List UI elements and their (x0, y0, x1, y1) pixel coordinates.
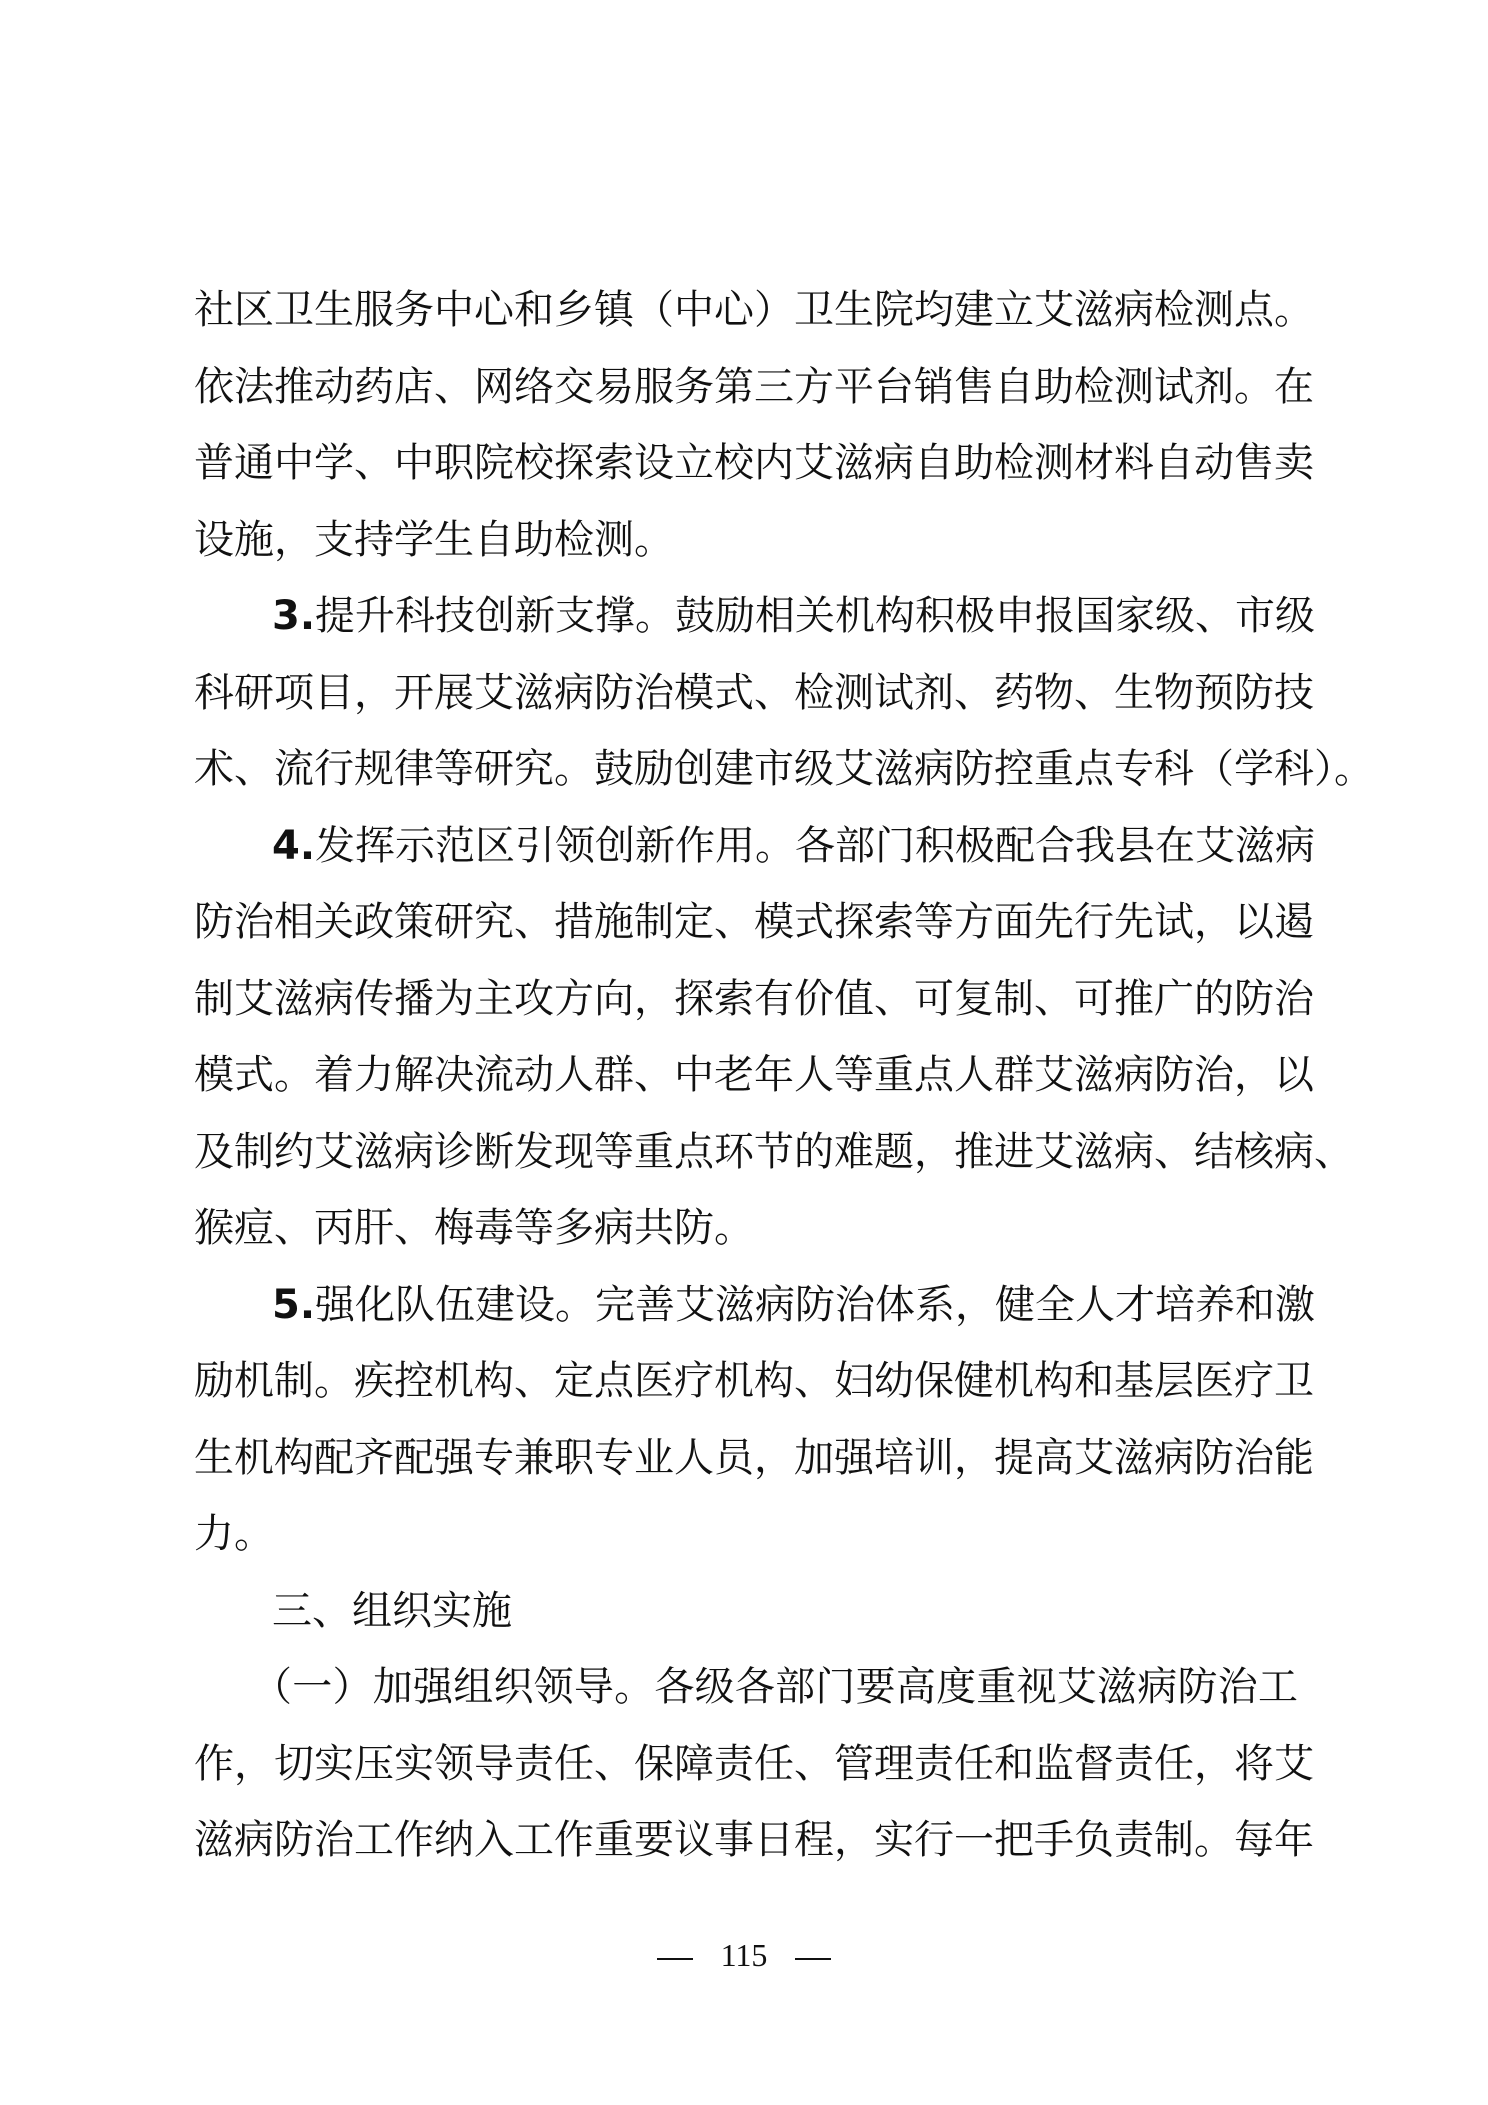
text-line: 普通中学、中职院校探索设立校内艾滋病自助检测材料自动售卖 (194, 425, 1298, 502)
text-line: 设施，支持学生自助检测。 (194, 502, 1298, 579)
item-number: 4. (272, 823, 315, 869)
item-number: 3. (272, 593, 315, 639)
paragraph-continuation: 社区卫生服务中心和乡镇（中心）卫生院均建立艾滋病检测点。 依法推动药店、网络交易… (194, 272, 1298, 578)
text-line: 及制约艾滋病诊断发现等重点环节的难题，推进艾滋病、结核病、 (194, 1114, 1298, 1191)
text-line: （一）加强组织领导。各级各部门要高度重视艾滋病防治工 (194, 1649, 1298, 1726)
dash-left (657, 1958, 693, 1960)
text-line: 科研项目，开展艾滋病防治模式、检测试剂、药物、生物预防技 (194, 655, 1298, 732)
text-line: 生机构配齐配强专兼职专业人员，加强培训，提高艾滋病防治能 (194, 1420, 1298, 1497)
text-line: 4.发挥示范区引领创新作用。各部门积极配合我县在艾滋病 (194, 808, 1298, 885)
item-number: 5. (272, 1282, 315, 1328)
text-line: 术、流行规律等研究。鼓励创建市级艾滋病防控重点专科（学科）。 (194, 731, 1298, 808)
document-page: 社区卫生服务中心和乡镇（中心）卫生院均建立艾滋病检测点。 依法推动药店、网络交易… (0, 0, 1488, 2105)
text-line: 防治相关政策研究、措施制定、模式探索等方面先行先试，以遏 (194, 884, 1298, 961)
text-line: 励机制。疾控机构、定点医疗机构、妇幼保健机构和基层医疗卫 (194, 1343, 1298, 1420)
text-line: 猴痘、丙肝、梅毒等多病共防。 (194, 1190, 1298, 1267)
text-line: 5.强化队伍建设。完善艾滋病防治体系，健全人才培养和激 (194, 1267, 1298, 1344)
text-line: 依法推动药店、网络交易服务第三方平台销售自助检测试剂。在 (194, 349, 1298, 426)
text-line: 作，切实压实领导责任、保障责任、管理责任和监督责任，将艾 (194, 1726, 1298, 1803)
text-line: 力。 (194, 1496, 1298, 1573)
page-footer: 115 (0, 1937, 1488, 1974)
dash-right (795, 1958, 831, 1960)
text-line: 制艾滋病传播为主攻方向，探索有价值、可复制、可推广的防治 (194, 961, 1298, 1038)
text-line: 社区卫生服务中心和乡镇（中心）卫生院均建立艾滋病检测点。 (194, 272, 1298, 349)
item-text: 强化队伍建设。完善艾滋病防治体系，健全人才培养和激 (315, 1282, 1315, 1328)
document-body: 社区卫生服务中心和乡镇（中心）卫生院均建立艾滋病检测点。 依法推动药店、网络交易… (194, 272, 1298, 1879)
paragraph-item-5: 5.强化队伍建设。完善艾滋病防治体系，健全人才培养和激 励机制。疾控机构、定点医… (194, 1267, 1298, 1573)
item-text: 发挥示范区引领创新作用。各部门积极配合我县在艾滋病 (315, 823, 1315, 869)
page-number: 115 (721, 1937, 768, 1973)
paragraph-item-4: 4.发挥示范区引领创新作用。各部门积极配合我县在艾滋病 防治相关政策研究、措施制… (194, 808, 1298, 1267)
item-text: 提升科技创新支撑。鼓励相关机构积极申报国家级、市级 (315, 593, 1315, 639)
text-line: 模式。着力解决流动人群、中老年人等重点人群艾滋病防治，以 (194, 1037, 1298, 1114)
paragraph-item-3: 3.提升科技创新支撑。鼓励相关机构积极申报国家级、市级 科研项目，开展艾滋病防治… (194, 578, 1298, 808)
section-heading: 三、组织实施 (194, 1573, 1298, 1650)
text-line: 3.提升科技创新支撑。鼓励相关机构积极申报国家级、市级 (194, 578, 1298, 655)
paragraph-subsection-1: （一）加强组织领导。各级各部门要高度重视艾滋病防治工 作，切实压实领导责任、保障… (194, 1649, 1298, 1879)
text-line: 滋病防治工作纳入工作重要议事日程，实行一把手负责制。每年 (194, 1802, 1298, 1879)
